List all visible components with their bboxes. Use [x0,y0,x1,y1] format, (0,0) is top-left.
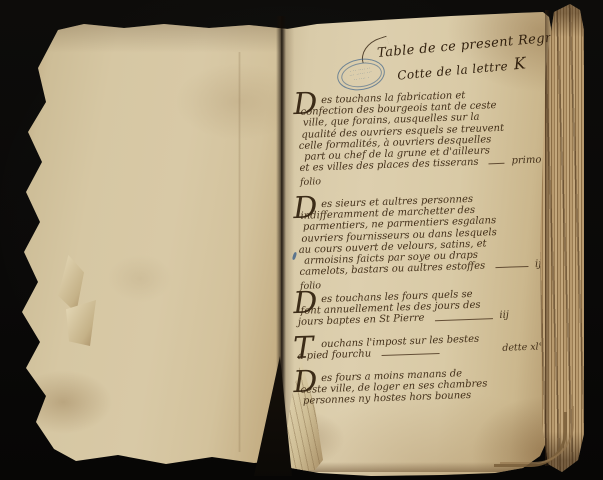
stamp-line: ·· ···· · [354,75,371,82]
ink-rule [495,266,528,268]
illuminated-initial: D [293,368,318,397]
library-stamp: · ·· ···· ·· ··· ····· ··· ·· ···· · [335,55,388,94]
ink-rule [489,163,505,165]
toc-entry-5: D es fours a moins manans de ceste ville… [297,366,540,408]
toc-entry-2: D es sieurs et aultres personnes indiffe… [297,192,542,293]
ink-speck [292,252,297,261]
illuminated-initial: T [293,334,314,363]
illuminated-initial: D [293,289,318,318]
folio-ref: primo [511,155,541,167]
illuminated-initial: D [293,194,318,223]
stamp-line: · ·· ···· ·· [349,66,371,74]
ink-rule [381,353,439,356]
left-page [14,22,288,464]
illuminated-initial: D [293,90,318,119]
toc-entry-3: D es touchans les fours quels se font an… [297,287,540,329]
toc-entry-4: T ouchans l'impost sur les bestes a pied… [297,332,540,363]
toc-entry-1: D es touchans la fabrication et confecti… [297,88,542,189]
register-letter: K [507,53,527,73]
subtitle-text: Cotte de la lettre [397,59,509,83]
paper-crease [238,52,241,452]
ink-rule [435,318,493,321]
page-title: Table de ce present Regre [377,30,561,61]
page-stack-seam-shadow [545,10,551,466]
folio-ref: iij [499,310,509,322]
page-subtitle: Cotte de la lettreK [396,53,526,83]
marginal-note: dette xl° [502,341,544,354]
stamp-line: ··· ····· ··· [349,70,372,79]
